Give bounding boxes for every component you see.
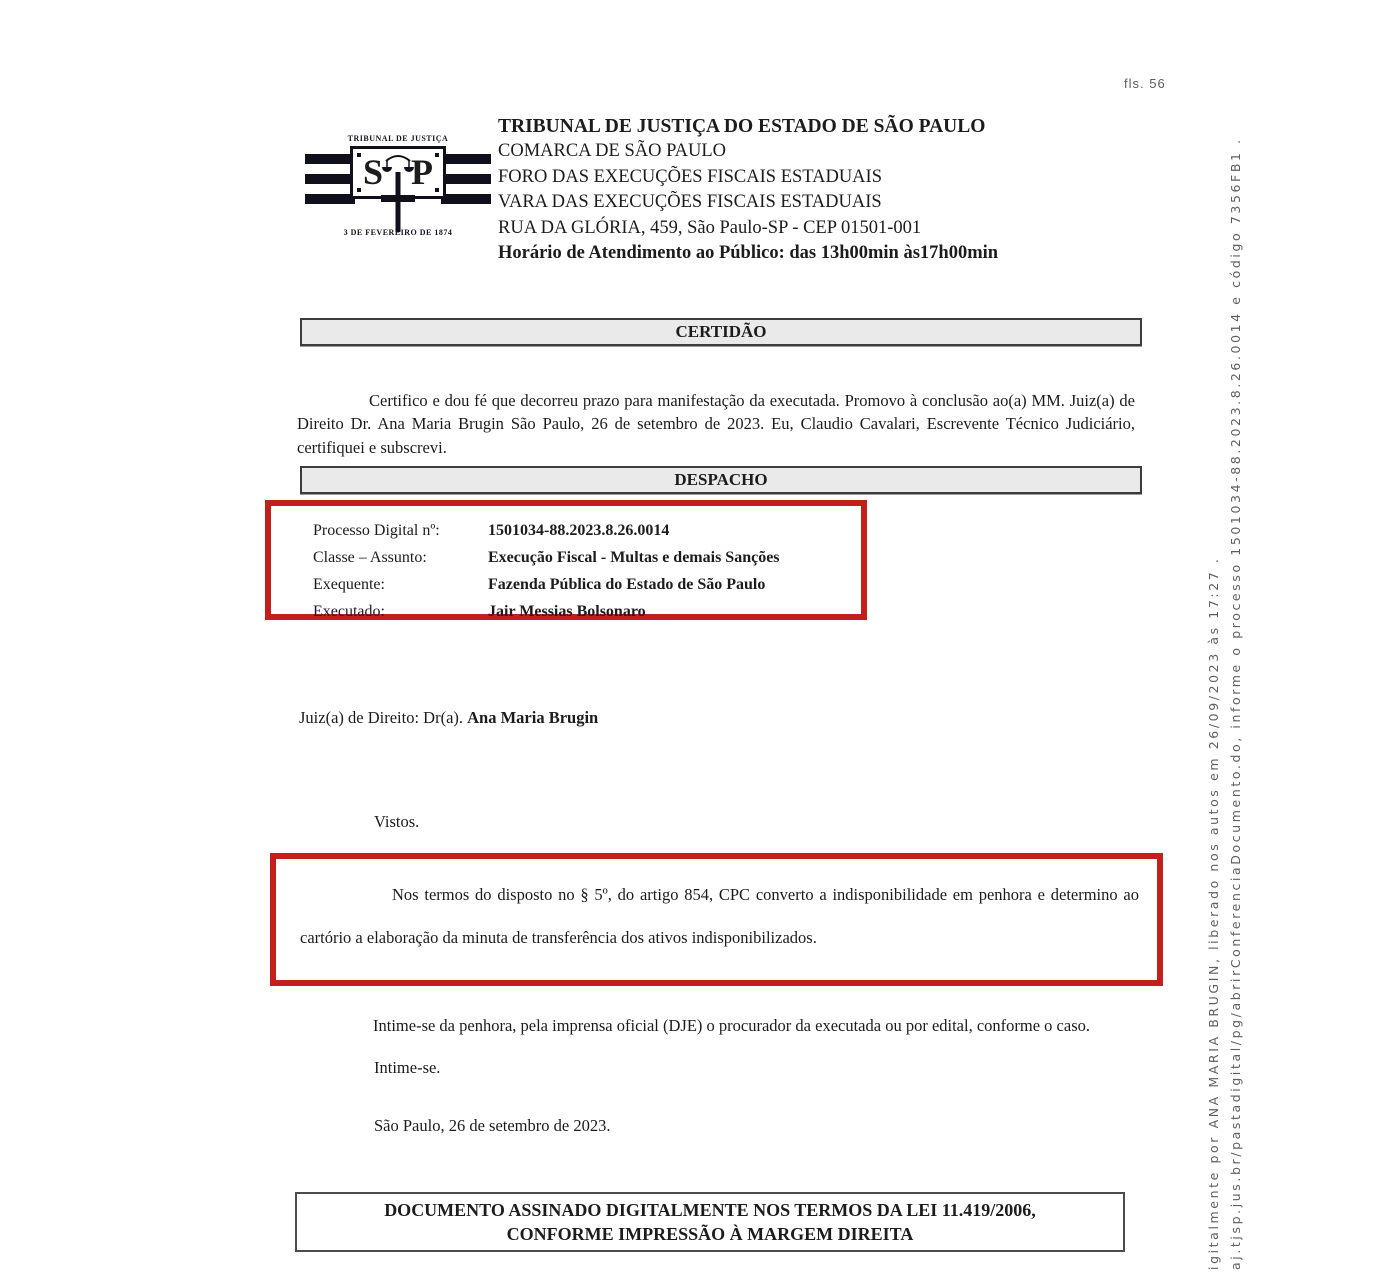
- process-number-label: Processo Digital nº:: [313, 517, 488, 544]
- logo-emblem: S P: [303, 146, 493, 206]
- class-subject-value: Execução Fiscal - Multas e demais Sançõe…: [488, 544, 780, 571]
- folio-number: fls. 56: [1124, 76, 1166, 91]
- tjsp-logo: TRIBUNAL DE JUSTIÇA S P 3 DE FEVEREIRO D…: [303, 134, 493, 242]
- judge-name: Ana Maria Brugin: [467, 708, 598, 727]
- document-page: { "page": { "fls": "fls. 56" }, "logo": …: [0, 0, 1398, 1272]
- vistos-text: Vistos.: [374, 812, 419, 832]
- comarca-line: COMARCA DE SÃO PAULO: [498, 139, 1158, 164]
- flag-stripes-left: [305, 154, 355, 214]
- decision-text: Nos termos do disposto no § 5º, do artig…: [300, 873, 1139, 959]
- hours-line: Horário de Atendimento ao Público: das 1…: [498, 241, 1158, 266]
- margin-signature-text: igitalmente por ANA MARIA BRUGIN, libera…: [1206, 557, 1221, 1270]
- date-line: São Paulo, 26 de setembro de 2023.: [374, 1116, 610, 1136]
- process-number-value: 1501034-88.2023.8.26.0014: [488, 517, 669, 544]
- vara-line: VARA DAS EXECUÇÕES FISCAIS ESTADUAIS: [498, 190, 1158, 215]
- certidao-section-header: CERTIDÃO: [300, 318, 1142, 346]
- exequente-row: Exequente: Fazenda Pública do Estado de …: [313, 571, 861, 598]
- digital-signature-notice-box: DOCUMENTO ASSINADO DIGITALMENTE NOS TERM…: [295, 1192, 1125, 1252]
- signature-notice-line1: DOCUMENTO ASSINADO DIGITALMENTE NOS TERM…: [297, 1198, 1123, 1222]
- address-line: RUA DA GLÓRIA, 459, São Paulo-SP - CEP 0…: [498, 216, 1158, 241]
- class-subject-label: Classe – Assunto:: [313, 544, 488, 571]
- exequente-value: Fazenda Pública do Estado de São Paulo: [488, 571, 765, 598]
- certidao-body-text: Certifico e dou fé que decorreu prazo pa…: [297, 389, 1135, 460]
- executado-label: Executado:: [313, 598, 488, 625]
- judge-label: Juiz(a) de Direito: Dr(a).: [299, 708, 463, 727]
- executado-row: Executado: Jair Messias Bolsonaro: [313, 598, 861, 625]
- intime-se-text: Intime-se.: [374, 1058, 440, 1078]
- class-subject-row: Classe – Assunto: Execução Fiscal - Mult…: [313, 544, 861, 571]
- signature-notice-line2: CONFORME IMPRESSÃO À MARGEM DIREITA: [297, 1222, 1123, 1246]
- letterhead: TRIBUNAL DE JUSTIÇA DO ESTADO DE SÃO PAU…: [498, 114, 1158, 266]
- margin-verification-text: aj.tjsp.jus.br/pastadigital/pg/abrirConf…: [1228, 137, 1243, 1270]
- judge-line: Juiz(a) de Direito: Dr(a). Ana Maria Bru…: [299, 708, 598, 728]
- exequente-label: Exequente:: [313, 571, 488, 598]
- decision-highlight-box: Nos termos do disposto no § 5º, do artig…: [270, 853, 1163, 986]
- cross-icon: [381, 195, 415, 202]
- cross-icon: [396, 172, 401, 232]
- executado-value: Jair Messias Bolsonaro: [488, 598, 646, 625]
- intimation-paragraph: Intime-se da penhora, pela imprensa ofic…: [297, 1005, 1135, 1047]
- process-info-highlight-box: Processo Digital nº: 1501034-88.2023.8.2…: [265, 500, 867, 620]
- flag-stripes-right: [441, 154, 491, 214]
- process-number-row: Processo Digital nº: 1501034-88.2023.8.2…: [313, 517, 861, 544]
- logo-top-text: TRIBUNAL DE JUSTIÇA: [303, 134, 493, 143]
- court-name: TRIBUNAL DE JUSTIÇA DO ESTADO DE SÃO PAU…: [498, 114, 1158, 139]
- despacho-section-header: DESPACHO: [300, 466, 1142, 494]
- foro-line: FORO DAS EXECUÇÕES FISCAIS ESTADUAIS: [498, 165, 1158, 190]
